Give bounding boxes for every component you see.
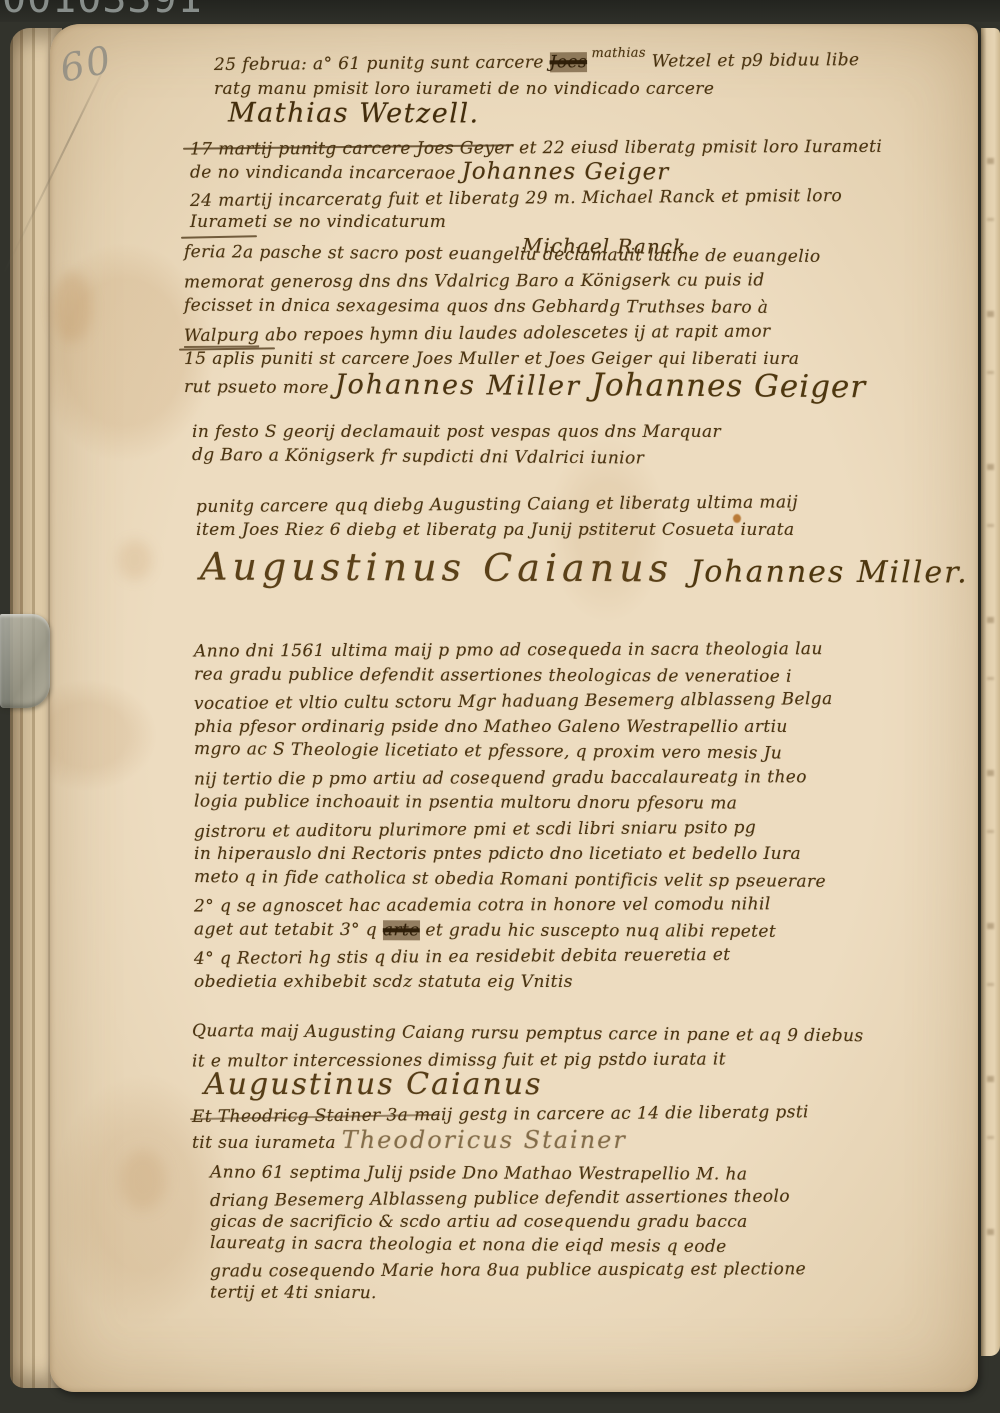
manuscript-text: Anno dni 1561 ultima maij p pmo ad coseq… [194,639,823,661]
manuscript-text: in festo S georij declamauit post vespas… [192,422,721,442]
manuscript-line: in festo S georij declamauit post vespas… [192,420,974,446]
manuscript-text: nij tertio die p pmo artiu ad cosequend … [194,767,807,789]
manuscript-text: gistroru et auditoru plurimore pmi et sc… [194,817,756,841]
manuscript-text-sup: mathias [587,46,646,61]
manuscript-line: 2° q se agnoscet hac academia cotra in h… [194,891,976,920]
entry-st-george: in festo S georij declamauit post vespas… [192,420,974,471]
manuscript-text: Iurameti se no vindicaturum [190,212,446,232]
manuscript-text: mgro ac S Theologie licetiato et pfessor… [194,739,782,764]
manuscript-line: Anno dni 1561 ultima maij p pmo ad coseq… [194,636,976,665]
manuscript-text: vocatioe et vltio cultu sctoru Mgr hadua… [194,689,833,714]
manuscript-line: 15 aplis puniti st carcere Joes Muller e… [184,346,966,372]
manuscript-line: phia pfesor ordinarig pside dno Matheo G… [194,715,976,741]
manuscript-text-sig-md: Johannes Miller [335,369,592,402]
manuscript-line: Augustinus Caianus Johannes Miller. [200,554,982,591]
manuscript-line: 24 martij incarceratg fuit et liberatg 2… [190,183,972,213]
manuscript-text: 4° q Rectori hg stis q diu in ea resideb… [194,945,731,969]
manuscript-text-md: Johannes Geiger [462,159,670,186]
manuscript-line: obedietia exhibebit scdz statuta eig Vni… [194,970,976,996]
manuscript-line: Quarta maij Augusting Caiang rursu pempt… [192,1019,974,1051]
manuscript-text: fecisset in dnica sexagesima quos dns Ge… [184,295,768,317]
manuscript-line: vocatioe et vltio cultu sctoru Mgr hadua… [194,686,976,718]
manuscript-text: obedietia exhibebit scdz statuta eig Vni… [194,972,573,992]
manuscript-text: gradu cosequendo Marie hora 8ua publice … [210,1259,806,1281]
entry-easter-declamations: feria 2a pasche st sacro post euangeliu … [184,242,966,403]
entry-may4-caianus: Quarta maij Augusting Caiang rursu pempt… [192,1022,974,1073]
entry-feb25-wetzel: 25 februa: a° 61 punitg sunt carcere Joe… [214,50,996,102]
manuscript-text-strike: Joes [550,52,588,72]
manuscript-line: logia publice inchoauit in psentia multo… [194,789,976,818]
manuscript-text: tit sua iurameta [192,1133,342,1153]
manuscript-text: de no vindicanda incarceraoe [190,162,462,183]
manuscript-text-faint-sig: Theodoricus Stainer [342,1126,627,1154]
manuscript-text: tertij et 4ti sniaru. [210,1282,377,1303]
manuscript-line: Iurameti se no vindicaturum [190,210,972,234]
signature-caianus: Augustinus Caianus [204,1072,986,1098]
manuscript-scan: 00103391 60 25 februa: a° 61 punitg sunt… [0,0,1000,1413]
manuscript-text: driang Besemerg Alblasseng publice defen… [210,1187,790,1211]
manuscript-text: logia publice inchoauit in psentia multo… [194,791,737,813]
manuscript-line: punitg carcere quq diebg Augusting Caian… [196,489,978,521]
manuscript-text-ul: Walpurg [184,325,259,348]
manuscript-text: phia pfesor ordinarig pside dno Matheo G… [194,717,788,737]
manuscript-line: dg Baro a Königserk fr supdicti dni Vdal… [192,442,974,474]
manuscript-line: in hiperauslo dni Rectoris pntes pdicto … [194,842,976,868]
manuscript-text: abo repoes hymn diu laudes adolescetes i… [259,321,770,345]
manuscript-text: rea gradu publice defendit assertiones t… [194,664,792,686]
manuscript-text-sig-md2: Johannes Geiger [591,367,866,405]
entry-july-1561: Anno 61 septima Julij pside Dno Mathao W… [210,1162,992,1306]
manuscript-text: 15 aplis puniti st carcere Joes Muller e… [184,349,799,369]
manuscript-text: dg Baro a Königserk fr supdicti dni Vdal… [192,444,644,467]
manuscript-text: punitg carcere quq diebg Augusting Caian… [196,492,798,517]
manuscript-text-strike: arte [383,920,420,940]
manuscript-text: Augustinus Caianus [204,1067,543,1102]
manuscript-line: Mathias Wetzell. [228,100,1000,129]
manuscript-line: rut psueto more Johannes Miller Johannes… [184,369,966,406]
manuscript-text: gicas de sacrificio & scdo artiu ad cose… [210,1212,748,1232]
manuscript-line: 25 februa: a° 61 punitg sunt carcere Joe… [214,47,996,80]
manuscript-line: Walpurg abo repoes hymn diu laudes adole… [184,317,966,349]
manuscript-text: laureatg in sacra theologia et nona die … [210,1233,727,1257]
manuscript-line: gradu cosequendo Marie hora 8ua publice … [210,1256,992,1283]
scanner-bar: 00103391 [0,0,1000,22]
manuscript-text: Quarta maij Augusting Caiang rursu pempt… [192,1021,864,1046]
entry-stainer: Et Theodricg Stainer 3a maij gestg in ca… [192,1102,974,1156]
manuscript-text: rut psueto more [184,377,335,398]
entry-may-punishments: punitg carcere quq diebg Augusting Caian… [196,492,978,543]
manuscript-text: item Joes Riez 6 diebg et liberatg pa Ju… [196,520,795,540]
manuscript-line: driang Besemerg Alblasseng publice defen… [210,1183,992,1213]
manuscript-text: Wetzel et p9 biduu libe [646,50,860,72]
manuscript-text-sx2: Johannes Miller. [690,554,969,590]
manuscript-line: nij tertio die p pmo artiu ad cosequend … [194,764,976,793]
manuscript-text-sx1: Augustinus Caianus [200,544,690,590]
manuscript-text: 2° q se agnoscet hac academia cotra in h… [194,894,771,916]
manuscript-text: in hiperauslo dni Rectoris pntes pdicto … [194,844,801,864]
manuscript-text: Mathias Wetzell. [228,97,480,129]
manuscript-line: memorat generosg dns dns Vdalricg Baro a… [184,266,966,295]
manuscript-text: feria 2a pasche st sacro post euangeliu … [184,242,821,267]
manuscript-line: tit sua iurameta Theodoricus Stainer [192,1128,974,1157]
manuscript-text: memorat generosg dns dns Vdalricg Baro a… [184,270,765,292]
manuscript-line: Augustinus Caianus [204,1072,986,1098]
manuscript-line: item Joes Riez 6 diebg et liberatg pa Ju… [196,518,978,544]
manuscript-line: tertij et 4ti sniaru. [210,1280,992,1307]
scanner-code: 00103391 [2,0,203,22]
signatures-caianus-miller: Augustinus Caianus Johannes Miller. [200,556,982,590]
manuscript-line: gistroru et auditoru plurimore pmi et sc… [194,813,976,845]
manuscript-line: 4° q Rectori hg stis q diu in ea resideb… [194,941,976,973]
manuscript-line: mgro ac S Theologie licetiato et pfessor… [194,737,976,769]
manuscript-line: gicas de sacrificio & scdo artiu ad cose… [210,1210,992,1234]
manuscript-text: aget aut tetabit 3° q [194,919,383,940]
heading-mathias-wetzell: Mathias Wetzell. [228,102,1000,128]
manuscript-text: et gradu hic suscepto nuq alibi repetet [420,920,777,941]
manuscript-text: 25 februa: a° 61 punitg sunt carcere [214,52,550,75]
manuscript-text: Et Theodricg Stainer 3a maij gestg in ca… [192,1102,809,1127]
manuscript-text: meto q in fide catholica st obedia Roman… [194,866,826,891]
manuscript-text-layer: 25 februa: a° 61 punitg sunt carcere Joe… [0,0,1000,1413]
manuscript-text: 24 martij incarceratg fuit et liberatg 2… [190,186,842,211]
entry-baccalaureate-1561: Anno dni 1561 ultima maij p pmo ad coseq… [194,638,976,995]
manuscript-text: Anno 61 septima Julij pside Dno Mathao W… [210,1162,747,1184]
manuscript-text: ratg manu pmisit loro iurameti de no vin… [214,79,714,99]
